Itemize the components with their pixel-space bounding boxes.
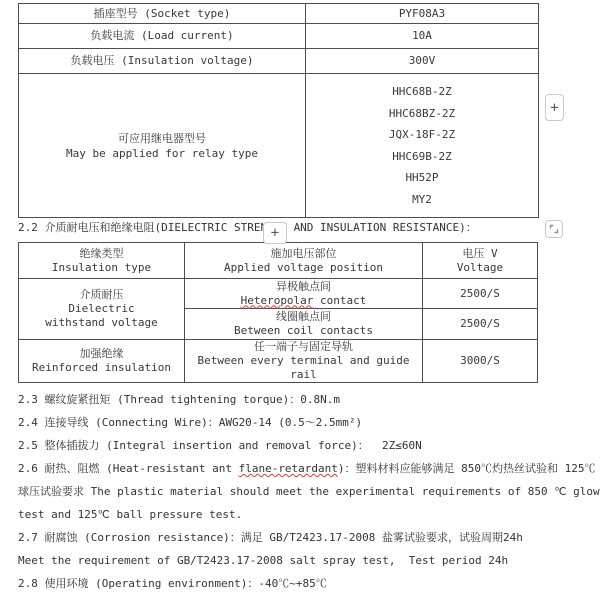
add-row-button[interactable]: +: [545, 94, 564, 121]
relay-type-label: 可应用继电器型号 May be applied for relay type: [19, 74, 306, 218]
cell-dielectric-withstand: 介质耐压 Dielectric withstand voltage: [19, 279, 185, 340]
table-row: 负载电流 (Load current) 10A: [19, 24, 539, 49]
spec-value: PYF08A3: [306, 4, 539, 24]
header-insulation-type: 绝缘类型 Insulation type: [19, 243, 185, 279]
spec-label: 插座型号 (Socket type): [19, 4, 306, 24]
plus-icon: +: [271, 226, 279, 240]
cell-reinforced-insulation: 加强绝缘 Reinforced insulation: [19, 340, 185, 383]
note-2-8: 2.8 使用环境 (Operating environment)：-40℃~+8…: [18, 572, 584, 595]
plus-icon: +: [550, 101, 558, 115]
note-2-6-line1: 2.6 耐热、阻燃 (Heat-resistant ant flane-reta…: [18, 457, 584, 480]
table-row: 可应用继电器型号 May be applied for relay type H…: [19, 74, 539, 218]
header-voltage: 电压 V Voltage: [423, 243, 538, 279]
relay-model: MY2: [306, 189, 538, 211]
cell-voltage-value: 2500/S: [423, 309, 538, 340]
note-2-4: 2.4 连接导线 (Connecting Wire)：AWG20-14 (0.5…: [18, 411, 584, 434]
relay-model-list: HHC68B-2Z HHC68BZ-2Z JQX-18F-2Z HHC69B-2…: [306, 74, 539, 218]
section-2-2-heading: 2.2 介质耐电压和绝缘电阻(DIELECTRIC STRENGTH AND I…: [18, 221, 578, 234]
expand-table-button[interactable]: [545, 220, 563, 238]
cell-coil-contacts: 线圈触点间 Between coil contacts: [185, 309, 423, 340]
table-row: 插座型号 (Socket type) PYF08A3: [19, 4, 539, 24]
expand-corners-icon: [548, 223, 560, 235]
socket-spec-table: 插座型号 (Socket type) PYF08A3 负载电流 (Load cu…: [18, 3, 539, 218]
relay-model: HHC69B-2Z: [306, 146, 538, 168]
note-2-3: 2.3 螺纹旋紧扭矩 (Thread tightening torque)：0.…: [18, 388, 584, 411]
relay-model: HHC68B-2Z: [306, 81, 538, 103]
note-2-6-line3: test and 125℃ ball pressure test.: [18, 503, 584, 526]
cell-terminal-guide-rail: 任一端子与固定导轨 Between every terminal and gui…: [185, 340, 423, 383]
table-row: 加强绝缘 Reinforced insulation 任一端子与固定导轨 Bet…: [19, 340, 538, 383]
relay-model: JQX-18F-2Z: [306, 124, 538, 146]
note-2-6-line2: 球压试验要求 The plastic material should meet …: [18, 480, 584, 503]
notes-section: 2.3 螺纹旋紧扭矩 (Thread tightening torque)：0.…: [18, 388, 584, 595]
relay-label-en: May be applied for relay type: [19, 146, 305, 161]
note-2-7-line2: Meet the requirement of GB/T2423.17-2008…: [18, 549, 584, 572]
relay-label-zh: 可应用继电器型号: [19, 131, 305, 146]
table-row: 负载电压 (Insulation voltage) 300V: [19, 49, 539, 74]
relay-model: HH52P: [306, 167, 538, 189]
misspelled-word: Heteropolar: [241, 294, 314, 307]
header-applied-position: 施加电压部位 Applied voltage position: [185, 243, 423, 279]
spec-value: 300V: [306, 49, 539, 74]
note-2-5: 2.5 整体插拔力 (Integral insertion and remova…: [18, 434, 584, 457]
spec-value: 10A: [306, 24, 539, 49]
cell-voltage-value: 2500/S: [423, 279, 538, 309]
cell-voltage-value: 3000/S: [423, 340, 538, 383]
relay-model: HHC68BZ-2Z: [306, 103, 538, 125]
table-row: 介质耐压 Dielectric withstand voltage 异极触点间 …: [19, 279, 538, 309]
dielectric-strength-table: 绝缘类型 Insulation type 施加电压部位 Applied volt…: [18, 242, 538, 383]
note-2-7-line1: 2.7 耐腐蚀 (Corrosion resistance)：满足 GB/T24…: [18, 526, 584, 549]
cell-heteropolar-contact: 异极触点间 Heteropolar contact: [185, 279, 423, 309]
spec-label: 负载电流 (Load current): [19, 24, 306, 49]
spec-label: 负载电压 (Insulation voltage): [19, 49, 306, 74]
misspelled-word: flane-retardant: [239, 462, 338, 475]
add-row-button[interactable]: +: [263, 222, 287, 244]
table-header-row: 绝缘类型 Insulation type 施加电压部位 Applied volt…: [19, 243, 538, 279]
